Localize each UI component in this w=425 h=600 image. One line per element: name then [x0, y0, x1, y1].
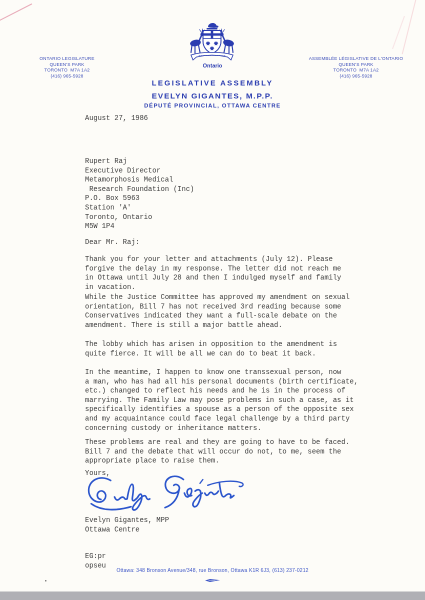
body-paragraph: In the meantime, I happen to know one tr…: [85, 368, 358, 433]
body-paragraph: These problems are real and they are goi…: [85, 438, 350, 466]
member-title-french: DÉPUTÉ PROVINCIAL, OTTAWA CENTRE: [0, 103, 425, 109]
salutation: Dear Mr. Raj:: [85, 238, 140, 247]
body-paragraph: While the Justice Committee has approved…: [85, 293, 350, 330]
letter-page: ONTARIO LEGISLATURE QUEEN'S PARK TORONTO…: [0, 0, 425, 592]
constituency-office-address: Ottawa: 348 Bronson Avenue/348, rue Bron…: [0, 568, 425, 574]
scan-canvas: ONTARIO LEGISLATURE QUEEN'S PARK TORONTO…: [0, 0, 425, 600]
signer-name-block: Evelyn Gigantes, MPP Ottawa Centre: [85, 516, 169, 535]
crest-ontario-label: Ontario: [0, 63, 425, 69]
handwritten-signature: [83, 471, 248, 521]
letter-date: August 27, 1986: [85, 114, 148, 123]
scan-artifact-line: [0, 3, 32, 21]
recipient-address-block: Rupert Raj Executive Director Metamorpho…: [85, 157, 194, 231]
scanner-backdrop: [0, 592, 425, 600]
body-paragraph: The lobby which has arisen in opposition…: [85, 340, 337, 359]
deer-supporter-icon: [220, 29, 235, 53]
legislative-assembly-title: LEGISLATIVE ASSEMBLY: [0, 79, 425, 88]
ontario-coat-of-arms-icon: [186, 22, 238, 63]
member-name: EVELYN GIGANTES, M.P.P.: [0, 92, 425, 101]
scan-speck: [45, 580, 47, 582]
footer-flourish-icon: [205, 578, 221, 583]
moose-supporter-icon: [189, 29, 204, 53]
scan-artifact-streak: [402, 0, 417, 54]
body-paragraph: Thank you for your letter and attachment…: [85, 255, 341, 292]
